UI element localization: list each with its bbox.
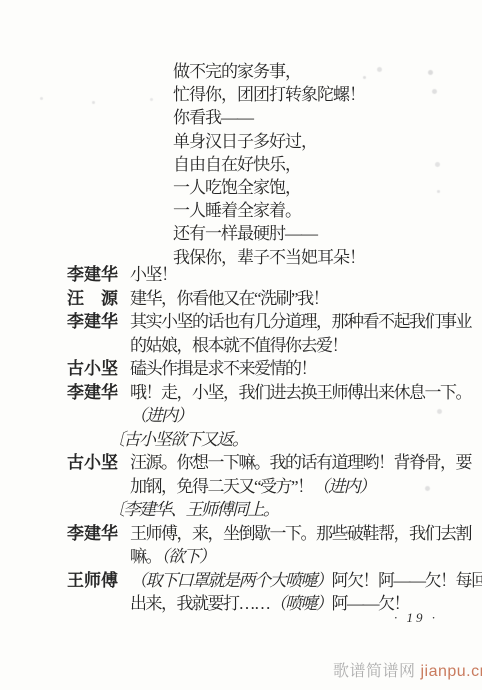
- speaker-name: 李建华: [67, 263, 118, 287]
- dialogue-line: 李建华 哦！走，小坚，我们进去换王师傅出来休息一下。: [0, 381, 482, 405]
- dialogue-text: 嘛。: [130, 547, 161, 566]
- dialogue-text: 小坚！: [130, 265, 177, 284]
- stage-direction-text: （喷嚏）: [270, 594, 332, 613]
- speaker-name: 李建华: [67, 381, 118, 405]
- speaker-name: 王师傅: [67, 569, 118, 593]
- verse-line: 还有一样最硬肘——: [173, 222, 365, 245]
- dialogue-line: 王师傅 （取下口罩就是两个大喷嚏）阿欠！阿——欠！每回一: [0, 569, 482, 593]
- dialogue-block: 李建华 小坚！ 汪 源 建华，你看他又在“洗刷”我！ 李建华 其实小坚的话也有几…: [0, 263, 482, 616]
- stage-direction-text: （进内）: [130, 406, 192, 425]
- page-number: · 19 ·: [394, 610, 438, 626]
- dialogue-text: 阿欠！阿——欠！每回一: [332, 571, 482, 590]
- speaker-name: 古小坚: [67, 357, 118, 381]
- dialogue-line: 汪 源 建华，你看他又在“洗刷”我！: [0, 287, 482, 311]
- watermark-url: jianpu.cn: [420, 663, 482, 680]
- verse-line: 一人睡着全家着。: [173, 199, 365, 222]
- watermark-site-name: 歌谱简谱网: [333, 663, 420, 680]
- dialogue-text: 磕头作揖是求不来爱情的！: [130, 359, 316, 378]
- watermark: 歌谱简谱网 jianpu.cn: [333, 658, 482, 681]
- verse-line: 你看我——: [173, 106, 365, 129]
- verse-line: 做不完的家务事，: [173, 60, 365, 83]
- stage-direction-text: （进内）: [313, 477, 375, 496]
- speaker-name: 古小坚: [67, 451, 118, 475]
- stage-direction-text: （取下口罩就是两个大喷嚏）: [130, 571, 332, 590]
- dialogue-line: 李建华 王师傅，来，坐倒歇一下。那些破鞋帮，我们去割: [0, 522, 482, 546]
- dialogue-text: 建华，你看他又在“洗刷”我！: [130, 289, 328, 308]
- dialogue-line: 李建华 小坚！: [0, 263, 482, 287]
- song-verse: 做不完的家务事， 忙得你，团团打转象陀螺！ 你看我—— 单身汉日子多好过， 自由…: [173, 60, 365, 269]
- verse-line: 自由自在好快乐，: [173, 153, 365, 176]
- verse-line: 单身汉日子多好过，: [173, 130, 365, 153]
- verse-line: 一人吃饱全家饱，: [173, 176, 365, 199]
- speaker-name: 汪 源: [67, 287, 118, 311]
- speaker-name: 李建华: [67, 310, 118, 334]
- dialogue-text: 汪源。你想一下嘛。我的话有道理哟！背脊骨，要: [130, 453, 471, 472]
- speaker-name: 李建华: [67, 522, 118, 546]
- stage-direction: 〔古小坚欲下又返。: [0, 428, 482, 452]
- stage-direction-text: （欲下）: [161, 547, 215, 566]
- dialogue-line: 古小坚 汪源。你想一下嘛。我的话有道理哟！背脊骨，要: [0, 451, 482, 475]
- dialogue-line: 古小坚 磕头作揖是求不来爱情的！: [0, 357, 482, 381]
- stage-direction-text: 〔古小坚欲下又返。: [108, 430, 248, 449]
- dialogue-text: 哦！走，小坚，我们进去换王师傅出来休息一下。: [130, 383, 471, 402]
- stage-direction-inline: （进内）: [0, 404, 482, 428]
- dialogue-continuation: 加钢，免得二天又“受方”！（进内）: [0, 475, 482, 499]
- dialogue-text: 王师傅，来，坐倒歇一下。那些破鞋帮，我们去割: [130, 524, 471, 543]
- scanned-script-page: 做不完的家务事， 忙得你，团团打转象陀螺！ 你看我—— 单身汉日子多好过， 自由…: [0, 0, 482, 690]
- dialogue-text: 加钢，免得二天又“受方”！: [130, 477, 313, 496]
- verse-line: 忙得你，团团打转象陀螺！: [173, 83, 365, 106]
- dialogue-text: 出来，我就要打……: [130, 594, 270, 613]
- dialogue-continuation: 嘛。（欲下）: [0, 545, 482, 569]
- dialogue-continuation: 的姑娘，根本就不值得你去爱！: [0, 334, 482, 358]
- stage-direction: 〔李建华、王师傅同上。: [0, 498, 482, 522]
- dialogue-line: 李建华 其实小坚的话也有几分道理，那种看不起我们事业: [0, 310, 482, 334]
- dialogue-text: 的姑娘，根本就不值得你去爱！: [130, 336, 347, 355]
- dialogue-text: 其实小坚的话也有几分道理，那种看不起我们事业: [130, 312, 471, 331]
- stage-direction-text: 〔李建华、王师傅同上。: [108, 500, 279, 519]
- scan-noise: [0, 0, 3, 3]
